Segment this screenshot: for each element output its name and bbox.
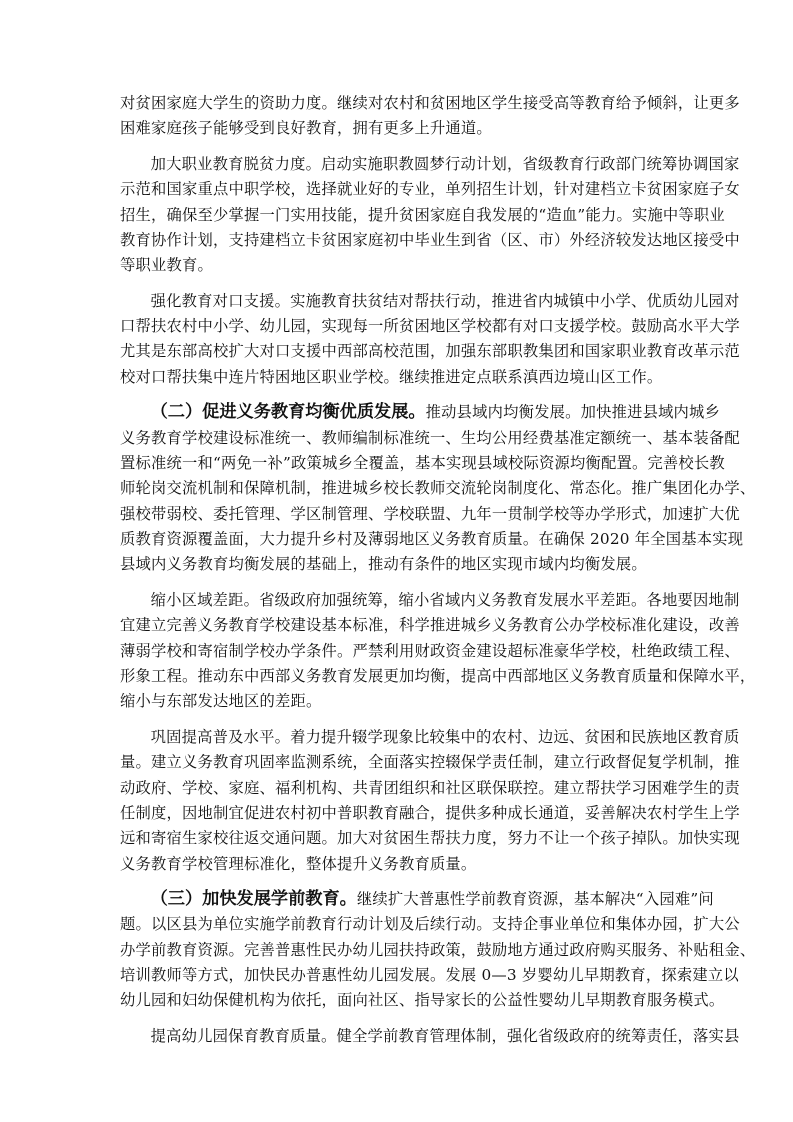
text-line: （三）加快发展学前教育。继续扩大普惠性学前教育资源，基本解决“入园难”问 (120, 887, 673, 912)
text-line: 幼儿园和妇幼保健机构为依托，面向社区、指导家长的公益性婴幼儿早期教育服务模式。 (120, 988, 673, 1013)
text-line: 义务教育学校管理标准化，整体提升义务教育质量。 (120, 852, 673, 877)
paragraph-regional-gap: 缩小区域差距。省级政府加强统筹，缩小省域内义务教育发展水平差距。各地要因地制 宜… (120, 588, 673, 715)
text-line: 量。建立义务教育巩固率监测系统，全面落实控辍保学责任制，建立行政督促复学机制，推 (120, 750, 673, 775)
text-line: （二）促进义务教育均衡优质发展。推动县域内均衡发展。加快推进县域内城乡 (120, 400, 673, 425)
text-run: 推动县域内均衡发展。加快推进县域内城乡 (426, 403, 720, 421)
text-line: 示范和国家重点中职学校，选择就业好的专业，单列招生计划，针对建档立卡贫困家庭子女 (120, 177, 673, 202)
text-line: 校对口帮扶集中连片特困地区职业学校。继续推进定点联系滇西边境山区工作。 (120, 365, 673, 390)
text-line: 尤其是东部高校扩大对口支援中西部高校范围，加强东部职教集团和国家职业教育改革示范 (120, 339, 673, 364)
text-line: 教育协作计划，支持建档立卡贫困家庭初中毕业生到省（区、市）外经济较发达地区接受中 (120, 228, 673, 253)
text-line: 置标准统一和“两免一补”政策城乡全覆盖，基本实现县域校际资源均衡配置。完善校长教 (120, 451, 673, 476)
text-line: 义务教育学校建设标准统一、教师编制标准统一、生均公用经费基准定额统一、基本装备配 (120, 426, 673, 451)
text-line: 形象工程。推动东中西部义务教育发展更加均衡，提高中西部地区义务教育质量和保障水平… (120, 664, 673, 689)
text-line: 办学前教育资源。完善普惠性民办幼儿园扶持政策，鼓励地方通过政府购买服务、补贴租金… (120, 938, 673, 963)
section-heading: （三）加快发展学前教育。 (151, 889, 357, 909)
text-line: 巩固提高普及水平。着力提升辍学现象比较集中的农村、边远、贫困和民族地区教育质 (120, 725, 673, 750)
paragraph-section-preschool-education: （三）加快发展学前教育。继续扩大普惠性学前教育资源，基本解决“入园难”问 题。以… (120, 887, 673, 1014)
text-line: 宜建立完善义务教育学校建设基本标准，科学推进城乡义务教育公办学校标准化建设，改善 (120, 613, 673, 638)
document-page: 对贫困家庭大学生的资助力度。继续对农村和贫困地区学生接受高等教育给予倾斜，让更多… (120, 91, 673, 1060)
text-line: 强校带弱校、委托管理、学区制管理、学校联盟、九年一贯制学校等办学形式，加速扩大优 (120, 502, 673, 527)
text-run: 继续扩大普惠性学前教育资源，基本解决“入园难”问 (357, 890, 714, 908)
text-line: 质教育资源覆盖面，大力提升乡村及薄弱地区义务教育质量。在确保 2020 年全国基… (120, 527, 673, 552)
text-line: 等职业教育。 (120, 253, 673, 278)
paragraph-vocational-education: 加大职业教育脱贫力度。启动实施职教圆梦行动计划，省级教育行政部门统筹协调国家 示… (120, 152, 673, 279)
paragraph-consolidate-popularization: 巩固提高普及水平。着力提升辍学现象比较集中的农村、边远、贫困和民族地区教育质 量… (120, 725, 673, 877)
text-line: 动政府、学校、家庭、福利机构、共青团组织和社区联保联控。建立帮扶学习困难学生的责 (120, 776, 673, 801)
paragraph-kindergarten-quality: 提高幼儿园保育教育质量。健全学前教育管理体制，强化省级政府的统筹责任，落实县 (120, 1024, 673, 1049)
text-line: 缩小与东部发达地区的差距。 (120, 689, 673, 714)
text-line: 缩小区域差距。省级政府加强统筹，缩小省域内义务教育发展水平差距。各地要因地制 (120, 588, 673, 613)
text-line: 口帮扶农村中小学、幼儿园，实现每一所贫困地区学校都有对口支援学校。鼓励高水平大学 (120, 314, 673, 339)
text-line: 困难家庭孩子能够受到良好教育，拥有更多上升通道。 (120, 116, 673, 141)
text-line: 远和寄宿生家校往返交通问题。加大对贫困生帮扶力度，努力不让一个孩子掉队。加快实现 (120, 826, 673, 851)
text-line: 加大职业教育脱贫力度。启动实施职教圆梦行动计划，省级教育行政部门统筹协调国家 (120, 152, 673, 177)
text-line: 培训教师等方式，加快民办普惠性幼儿园发展。发展 0—3 岁婴幼儿早期教育，探索建… (120, 963, 673, 988)
text-line: 薄弱学校和寄宿制学校办学条件。严禁利用财政资金建设超标准豪华学校，杜绝政绩工程、 (120, 639, 673, 664)
section-heading: （二）促进义务教育均衡优质发展。 (151, 402, 426, 422)
paragraph-section-compulsory-education: （二）促进义务教育均衡优质发展。推动县域内均衡发展。加快推进县域内城乡 义务教育… (120, 400, 673, 577)
text-line: 任制度，因地制宜促进农村初中普职教育融合，提供多种成长通道，妥善解决农村学生上学 (120, 801, 673, 826)
paragraph-student-aid-continued: 对贫困家庭大学生的资助力度。继续对农村和贫困地区学生接受高等教育给予倾斜，让更多… (120, 91, 673, 142)
paragraph-counterpart-support: 强化教育对口支援。实施教育扶贫结对帮扶行动，推进省内城镇中小学、优质幼儿园对 口… (120, 289, 673, 390)
text-line: 题。以区县为单位实施学前教育行动计划及后续行动。支持企事业单位和集体办园，扩大公 (120, 912, 673, 937)
text-line: 提高幼儿园保育教育质量。健全学前教育管理体制，强化省级政府的统筹责任，落实县 (120, 1024, 673, 1049)
text-line: 招生，确保至少掌握一门实用技能，提升贫困家庭自我发展的“造血”能力。实施中等职业 (120, 203, 673, 228)
text-line: 强化教育对口支援。实施教育扶贫结对帮扶行动，推进省内城镇中小学、优质幼儿园对 (120, 289, 673, 314)
text-line: 师轮岗交流机制和保障机制，推进城乡校长教师交流轮岗制度化、常态化。推广集团化办学… (120, 476, 673, 501)
text-line: 对贫困家庭大学生的资助力度。继续对农村和贫困地区学生接受高等教育给予倾斜，让更多 (120, 91, 673, 116)
text-line: 县域内义务教育均衡发展的基础上，推动有条件的地区实现市域内均衡发展。 (120, 552, 673, 577)
